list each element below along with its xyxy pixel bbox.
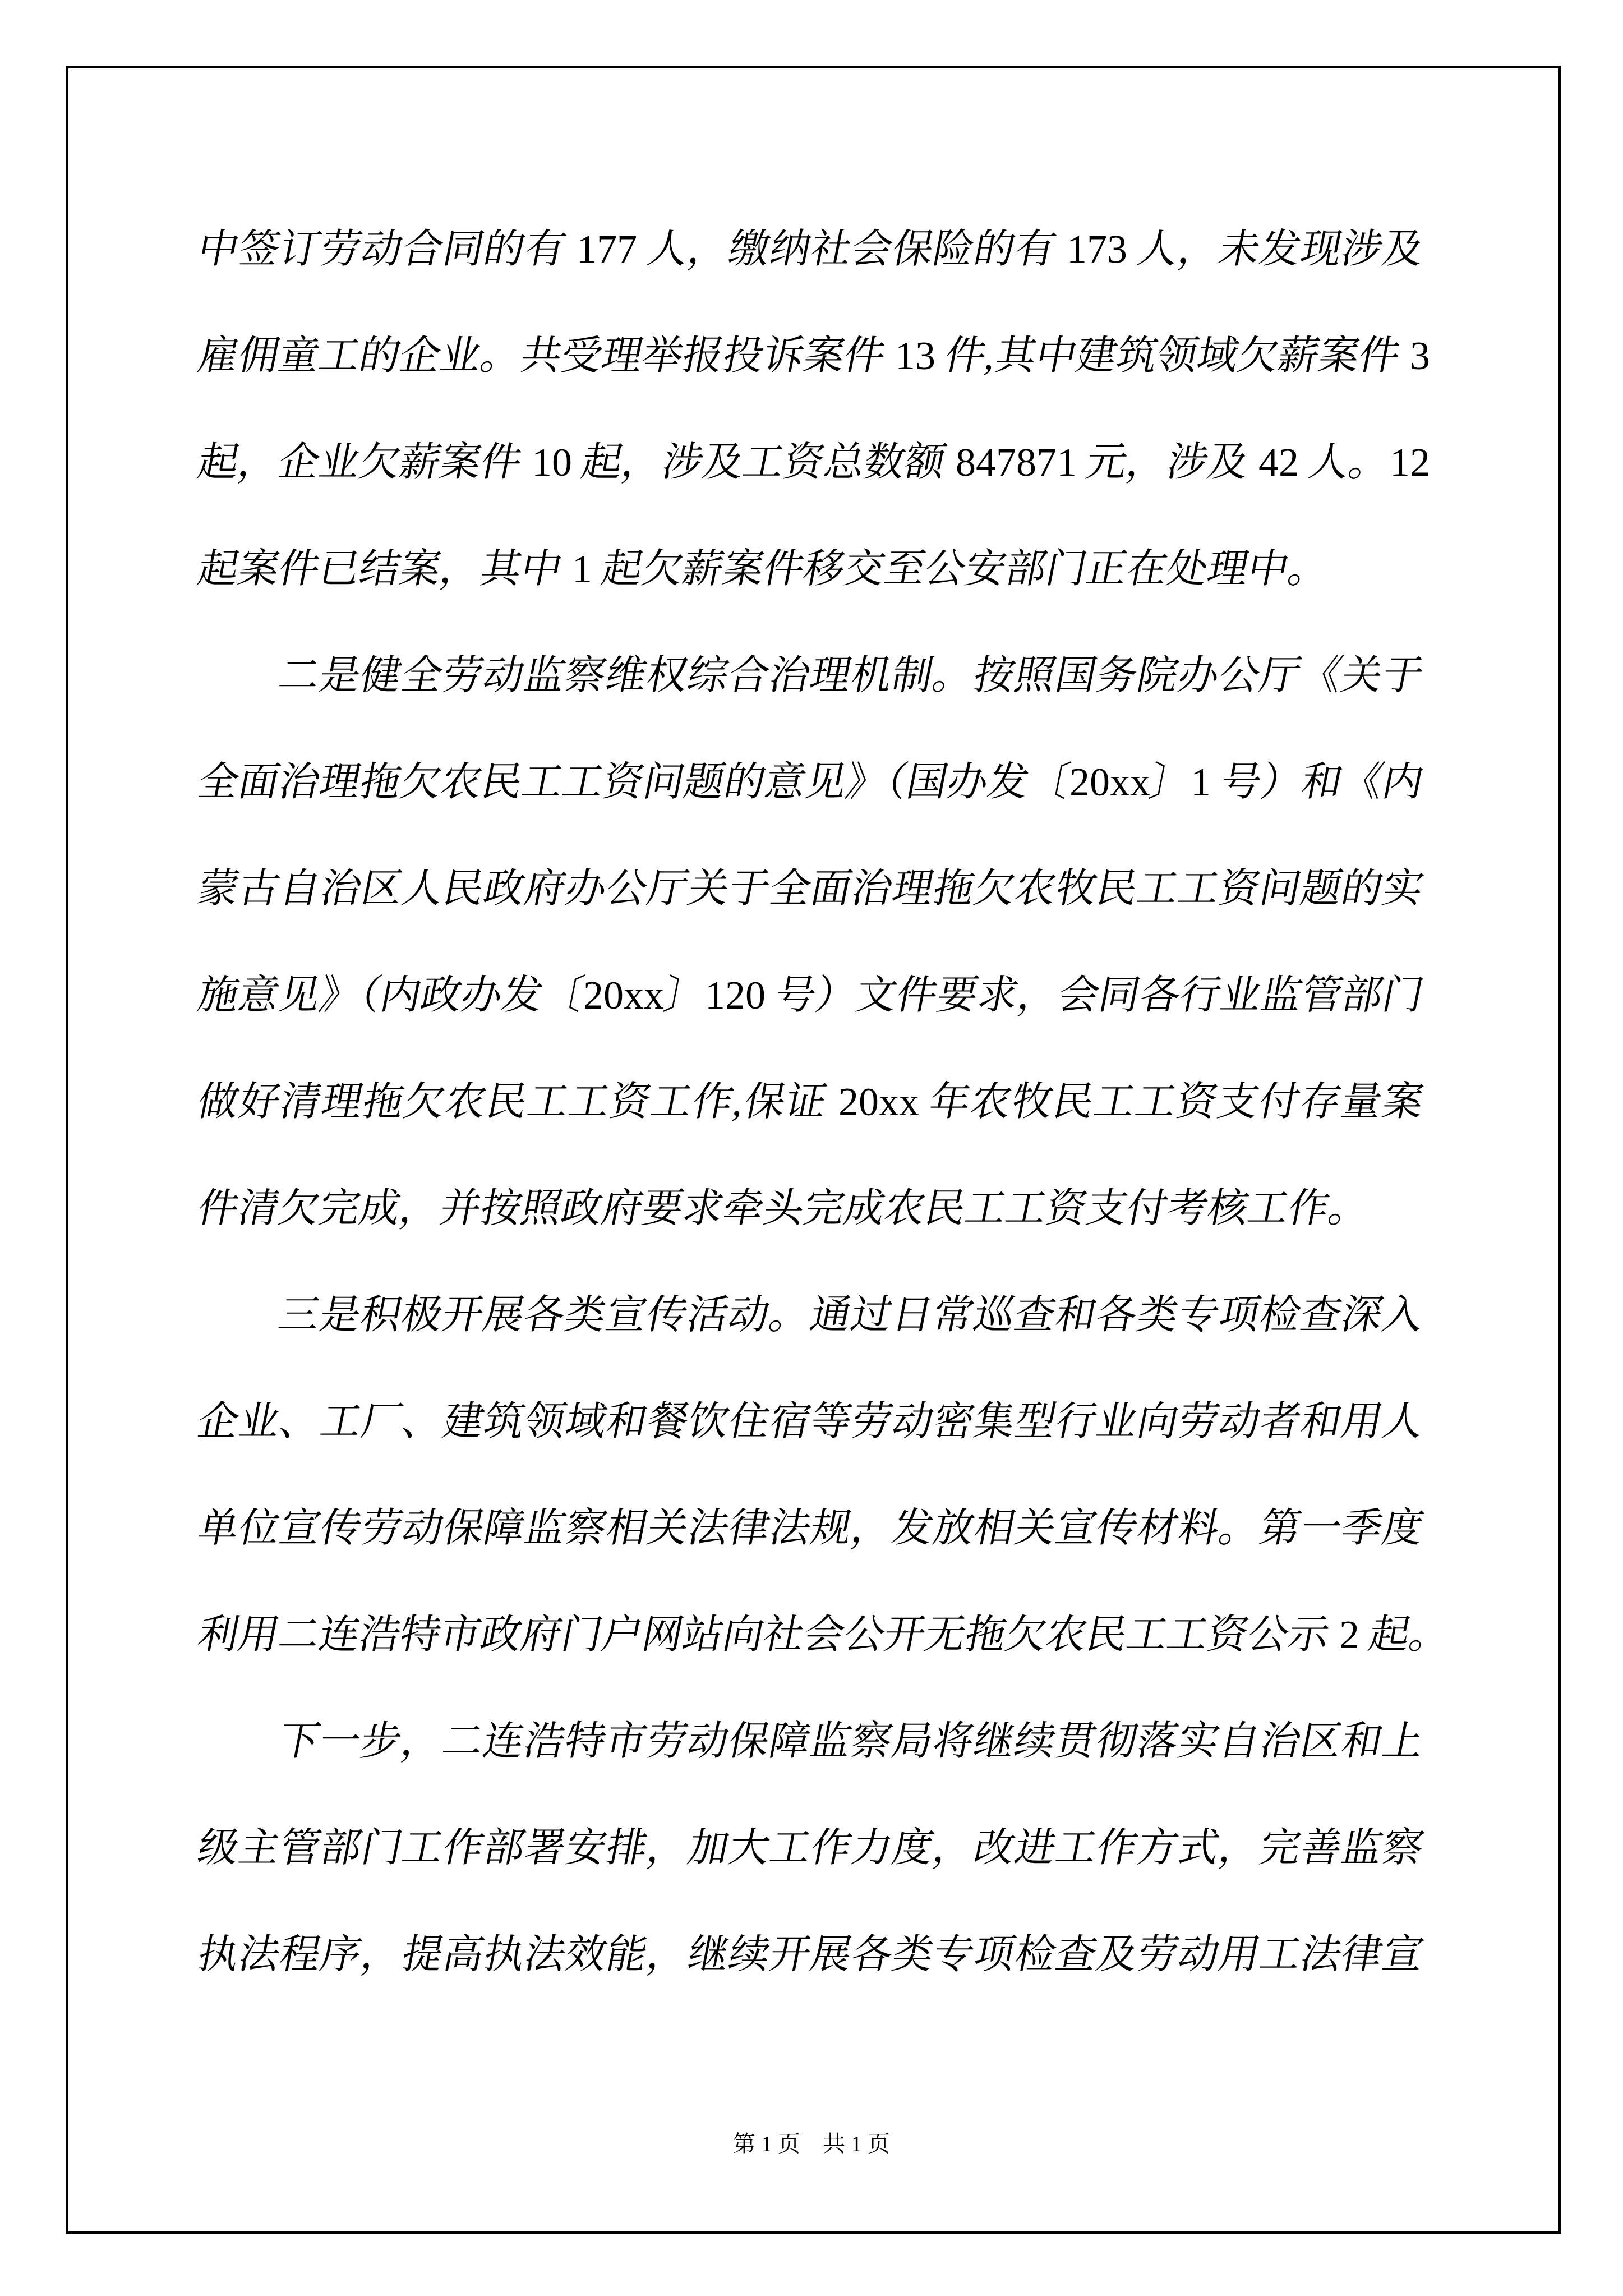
text-line: 执法程序，提高执法效能，继续开展各类专项检查及劳动用工法律宣 bbox=[188, 1901, 1434, 2008]
text-line: 三是积极开展各类宣传活动。通过日常巡查和各类专项检查深入 bbox=[188, 1262, 1434, 1368]
page-number-text: 第 1 页 共 1 页 bbox=[733, 2131, 890, 2156]
text-line: 级主管部门工作部署安排，加大工作力度，改进工作方式，完善监察 bbox=[188, 1795, 1434, 1901]
text-line: 二是健全劳动监察维权综合治理机制。按照国务院办公厅《关于 bbox=[188, 622, 1434, 729]
text-line: 起案件已结案，其中 1 起欠薪案件移交至公安部门正在处理中。 bbox=[188, 516, 1434, 622]
text-line: 起，企业欠薪案件 10 起，涉及工资总数额 847871 元，涉及 42 人。1… bbox=[188, 409, 1434, 516]
document-body: 中签订劳动合同的有 177 人，缴纳社会保险的有 173 人，未发现涉及 雇佣童… bbox=[199, 196, 1423, 2008]
document-page: 中签订劳动合同的有 177 人，缴纳社会保险的有 173 人，未发现涉及 雇佣童… bbox=[0, 0, 1623, 2296]
text-line: 雇佣童工的企业。共受理举报投诉案件 13 件,其中建筑领域欠薪案件 3 bbox=[188, 302, 1434, 409]
text-line: 企业、工厂、建筑领域和餐饮住宿等劳动密集型行业向劳动者和用人 bbox=[188, 1368, 1434, 1475]
text-line: 蒙古自治区人民政府办公厅关于全面治理拖欠农牧民工工资问题的实 bbox=[188, 835, 1434, 942]
text-line: 做好清理拖欠农民工工资工作,保证 20xx 年农牧民工工资支付存量案 bbox=[188, 1048, 1434, 1155]
text-line: 施意见》（内政办发〔20xx〕120 号）文件要求，会同各行业监管部门 bbox=[188, 942, 1434, 1048]
text-line: 全面治理拖欠农民工工资问题的意见》（国办发〔20xx〕1 号）和《内 bbox=[188, 729, 1434, 835]
text-line: 件清欠完成，并按照政府要求牵头完成农民工工资支付考核工作。 bbox=[188, 1155, 1434, 1262]
text-line: 单位宣传劳动保障监察相关法律法规，发放相关宣传材料。第一季度 bbox=[188, 1475, 1434, 1581]
text-line: 利用二连浩特市政府门户网站向社会公开无拖欠农民工工资公示 2 起。 bbox=[188, 1581, 1434, 1688]
text-line: 中签订劳动合同的有 177 人，缴纳社会保险的有 173 人，未发现涉及 bbox=[188, 196, 1434, 302]
text-line: 下一步，二连浩特市劳动保障监察局将继续贯彻落实自治区和上 bbox=[188, 1688, 1434, 1795]
page-number-footer: 第 1 页 共 1 页 bbox=[0, 2131, 1623, 2157]
